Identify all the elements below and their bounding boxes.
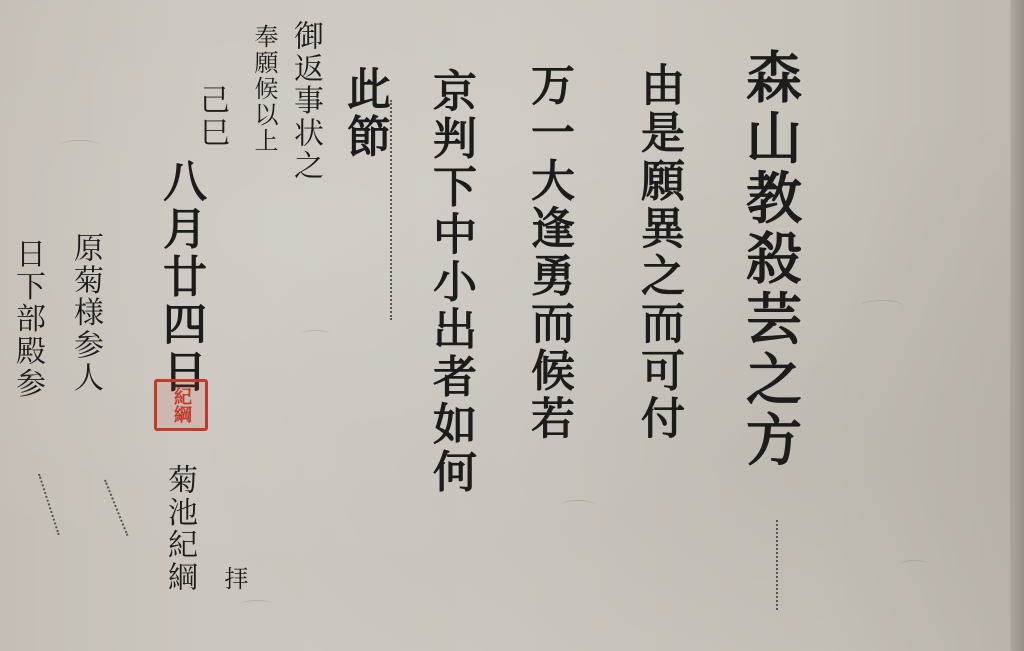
- text-column-2: 由是願異之而可付: [636, 62, 680, 442]
- text-column-5: 此節: [342, 66, 386, 161]
- paper-fiber: [60, 140, 100, 151]
- text-column-3: 万一大逢勇而候若: [526, 62, 570, 442]
- paper-fiber: [560, 500, 596, 511]
- paper-fiber: [240, 600, 274, 609]
- paper-fiber: [300, 330, 330, 339]
- text-column-1: 森山教殺芸之方: [742, 48, 798, 471]
- text-column-6: 御返事状之: [290, 20, 320, 182]
- ink-tail: [776, 520, 778, 610]
- text-column-10-signature: 菊池紀綱: [164, 464, 194, 594]
- text-column-7: 奉願候以上: [252, 24, 276, 154]
- text-column-8-year: 己巳: [196, 84, 226, 149]
- paper-fiber: [900, 560, 928, 569]
- text-column-11-addressee: 原菊様参人: [70, 232, 100, 394]
- text-column-12-addressee: 日下部殿参: [12, 238, 42, 400]
- letter-photograph: 森山教殺芸之方 由是願異之而可付 万一大逢勇而候若 京判下中小出者如何 此節 御…: [0, 0, 1024, 651]
- text-column-13: 拝: [222, 566, 246, 592]
- ink-tail: [38, 474, 60, 535]
- seal-text: 紀綱: [168, 387, 194, 423]
- paper-fiber: [860, 300, 904, 313]
- text-column-9-date: 八月廿四日: [158, 158, 202, 396]
- text-column-4: 京判下中小出者如何: [428, 68, 472, 496]
- ink-tail: [104, 480, 128, 536]
- red-seal: 紀綱: [154, 379, 208, 431]
- ink-tail: [390, 100, 392, 320]
- paper-edge: [1012, 0, 1024, 651]
